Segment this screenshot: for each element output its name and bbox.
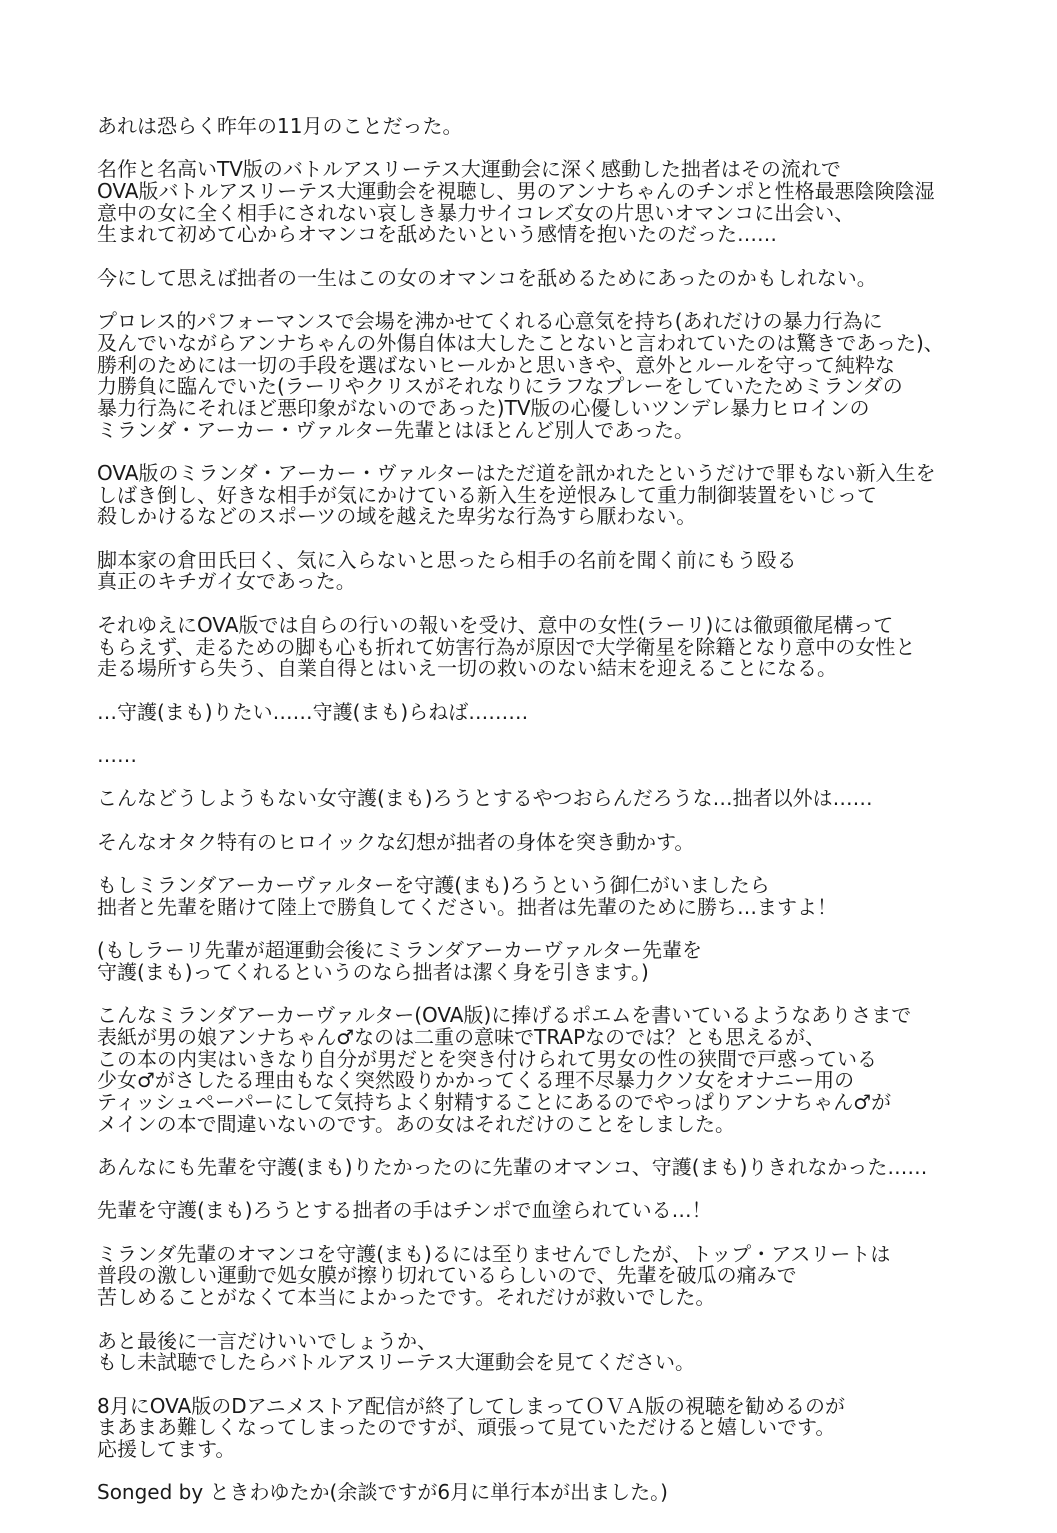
- text-line: あんなにも先輩を守護(まも)りたかったのに先輩のオマンコ、守護(まも)りきれなか…: [97, 1157, 977, 1179]
- text-line: 名作と名高いTV版のバトルアスリーテス大運動会に深く感動した拙者はその流れで: [97, 159, 977, 181]
- text-line: もらえず、走るための脚も心も折れて妨害行為が原因で大学衛星を除籍となり意中の女性…: [97, 637, 977, 659]
- paragraph-15: あんなにも先輩を守護(まも)りたかったのに先輩のオマンコ、守護(まも)りきれなか…: [97, 1157, 977, 1179]
- text-line: プロレス的パフォーマンスで会場を沸かせてくれる心意気を持ち(あれだけの暴力行為に: [97, 311, 977, 333]
- text-line: メインの本で間違いないのです。あの女はそれだけのことをしました。: [97, 1114, 977, 1136]
- paragraph-16: 先輩を守護(まも)ろうとする拙者の手はチンポで血塗られている…！: [97, 1200, 977, 1222]
- paragraph-13: (もしラーリ先輩が超運動会後にミランダアーカーヴァルター先輩を守護(まも)ってく…: [97, 940, 977, 983]
- text-line: ティッシュペーパーにして気持ちよく射精することにあるのでやっぱりアンナちゃん♂が: [97, 1092, 977, 1114]
- text-line: 先輩を守護(まも)ろうとする拙者の手はチンポで血塗られている…！: [97, 1200, 977, 1222]
- paragraph-7: それゆえにOVA版では自らの行いの報いを受け、意中の女性(ラーリ)には徹頭徹尾構…: [97, 615, 977, 680]
- text-line: 脚本家の倉田氏曰く、気に入らないと思ったら相手の名前を聞く前にもう殴る: [97, 550, 977, 572]
- text-line: …守護(まも)りたい……守護(まも)らねば………: [97, 702, 977, 724]
- text-line: 表紙が男の娘アンナちゃん♂なのは二重の意味でTRAPなのでは？とも思えるが、: [97, 1027, 977, 1049]
- text-line: こんなどうしようもない女守護(まも)ろうとするやつおらんだろうな…拙者以外は……: [97, 788, 977, 810]
- paragraph-10: こんなどうしようもない女守護(まも)ろうとするやつおらんだろうな…拙者以外は……: [97, 788, 977, 810]
- paragraph-5: OVA版のミランダ・アーカー・ヴァルターはただ道を訊かれたというだけで罪もない新…: [97, 463, 977, 528]
- text-line: 力勝負に臨んでいた(ラーリやクリスがそれなりにラフなプレーをしていたためミランダ…: [97, 376, 977, 398]
- paragraph-2: 名作と名高いTV版のバトルアスリーテス大運動会に深く感動した拙者はその流れでOV…: [97, 159, 977, 246]
- paragraph-17: ミランダ先輩のオマンコを守護(まも)るには至りませんでしたが、トップ・アスリート…: [97, 1244, 977, 1309]
- paragraph-12: もしミランダアーカーヴァルターを守護(まも)ろうという御仁がいましたら拙者と先輩…: [97, 875, 977, 918]
- text-line: ミランダ・アーカー・ヴァルター先輩とはほとんど別人であった。: [97, 420, 977, 442]
- text-line: 拙者と先輩を賭けて陸上で勝負してください。拙者は先輩のために勝ち…ますよ！: [97, 897, 977, 919]
- paragraph-9: ……: [97, 745, 977, 767]
- paragraph-6: 脚本家の倉田氏曰く、気に入らないと思ったら相手の名前を聞く前にもう殴る真正のキチ…: [97, 550, 977, 593]
- paragraph-8: …守護(まも)りたい……守護(まも)らねば………: [97, 702, 977, 724]
- text-line: まあまあ難しくなってしまったのですが、頑張って見ていただけると嬉しいです。: [97, 1417, 977, 1439]
- text-line: 8月にOVA版のDアニメストア配信が終了してしまってＯＶＡ版の視聴を勧めるのが: [97, 1396, 977, 1418]
- text-line: もしミランダアーカーヴァルターを守護(まも)ろうという御仁がいましたら: [97, 875, 977, 897]
- text-line: 及んでいながらアンナちゃんの外傷自体は大したことないと言われていたのは驚きであっ…: [97, 333, 977, 355]
- text-line: もし未試聴でしたらバトルアスリーテス大運動会を見てください。: [97, 1352, 977, 1374]
- paragraph-3: 今にして思えば拙者の一生はこの女のオマンコを舐めるためにあったのかもしれない。: [97, 268, 977, 290]
- text-line: 普段の激しい運動で処女膜が擦り切れているらしいので、先輩を破瓜の痛みで: [97, 1265, 977, 1287]
- text-line: しばき倒し、好きな相手が気にかけている新入生を逆恨みして重力制御装置をいじって: [97, 485, 977, 507]
- text-line: Songed by ときわゆたか(余談ですが6月に単行本が出ました。): [97, 1482, 977, 1504]
- text-line: 暴力行為にそれほど悪印象がないのであった)TV版の心優しいツンデレ暴力ヒロインの: [97, 398, 977, 420]
- text-line: 今にして思えば拙者の一生はこの女のオマンコを舐めるためにあったのかもしれない。: [97, 268, 977, 290]
- text-line: OVA版のミランダ・アーカー・ヴァルターはただ道を訊かれたというだけで罪もない新…: [97, 463, 977, 485]
- afterword-page: あれは恐らく昨年の11月のことだった。名作と名高いTV版のバトルアスリーテス大運…: [0, 0, 1057, 1533]
- text-line: 少女♂がさしたる理由もなく突然殴りかかってくる理不尽暴力クソ女をオナニー用の: [97, 1070, 977, 1092]
- text-line: 走る場所すら失う、自業自得とはいえ一切の救いのない結末を迎えることになる。: [97, 658, 977, 680]
- text-line: 生まれて初めて心からオマンコを舐めたいという感情を抱いたのだった……: [97, 224, 977, 246]
- text-line: こんなミランダアーカーヴァルター(OVA版)に捧げるポエムを書いているようなあり…: [97, 1005, 977, 1027]
- text-line: ……: [97, 745, 977, 767]
- text-line: それゆえにOVA版では自らの行いの報いを受け、意中の女性(ラーリ)には徹頭徹尾構…: [97, 615, 977, 637]
- text-line: (もしラーリ先輩が超運動会後にミランダアーカーヴァルター先輩を: [97, 940, 977, 962]
- paragraph-1: あれは恐らく昨年の11月のことだった。: [97, 116, 977, 138]
- text-line: 応援してます。: [97, 1439, 977, 1461]
- paragraph-18: あと最後に一言だけいいでしょうか、もし未試聴でしたらバトルアスリーテス大運動会を…: [97, 1331, 977, 1374]
- text-line: 守護(まも)ってくれるというのなら拙者は潔く身を引きます。): [97, 962, 977, 984]
- text-line: 意中の女に全く相手にされない哀しき暴力サイコレズ女の片思いオマンコに出会い、: [97, 203, 977, 225]
- text-line: 苦しめることがなくて本当によかったです。それだけが救いでした。: [97, 1287, 977, 1309]
- text-line: この本の内実はいきなり自分が男だとを突き付けられて男女の性の狭間で戸惑っている: [97, 1049, 977, 1071]
- text-line: 真正のキチガイ女であった。: [97, 571, 977, 593]
- text-line: あと最後に一言だけいいでしょうか、: [97, 1331, 977, 1353]
- paragraph-19: 8月にOVA版のDアニメストア配信が終了してしまってＯＶＡ版の視聴を勧めるのがま…: [97, 1396, 977, 1461]
- text-line: ミランダ先輩のオマンコを守護(まも)るには至りませんでしたが、トップ・アスリート…: [97, 1244, 977, 1266]
- text-line: OVA版バトルアスリーテス大運動会を視聴し、男のアンナちゃんのチンポと性格最悪陰…: [97, 181, 977, 203]
- text-line: 勝利のためには一切の手段を選ばないヒールかと思いきや、意外とルールを守って純粋な: [97, 355, 977, 377]
- paragraph-4: プロレス的パフォーマンスで会場を沸かせてくれる心意気を持ち(あれだけの暴力行為に…: [97, 311, 977, 441]
- signature-paragraph: Songed by ときわゆたか(余談ですが6月に単行本が出ました。): [97, 1482, 977, 1504]
- paragraph-11: そんなオタク特有のヒロイックな幻想が拙者の身体を突き動かす。: [97, 832, 977, 854]
- text-line: 殺しかけるなどのスポーツの域を越えた卑劣な行為すら厭わない。: [97, 506, 977, 528]
- afterword-text-block: あれは恐らく昨年の11月のことだった。名作と名高いTV版のバトルアスリーテス大運…: [97, 116, 977, 1526]
- text-line: そんなオタク特有のヒロイックな幻想が拙者の身体を突き動かす。: [97, 832, 977, 854]
- text-line: あれは恐らく昨年の11月のことだった。: [97, 116, 977, 138]
- paragraph-14: こんなミランダアーカーヴァルター(OVA版)に捧げるポエムを書いているようなあり…: [97, 1005, 977, 1135]
